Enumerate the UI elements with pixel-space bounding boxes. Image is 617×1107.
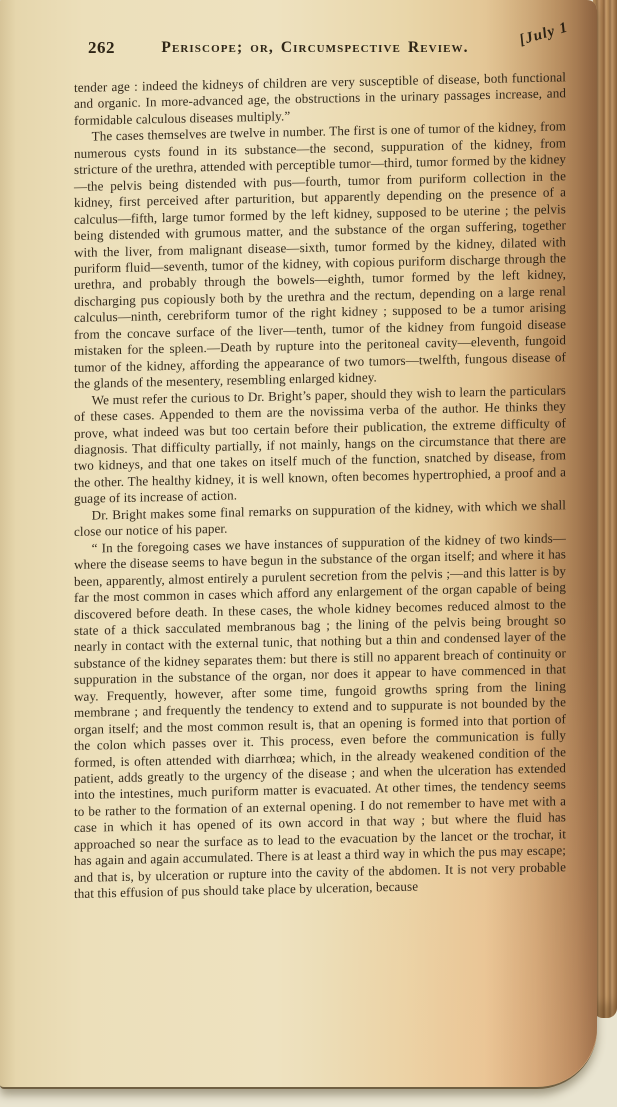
date-marker: [July 1 [518, 19, 571, 49]
running-title: Periscope; or, Circumspective Review. [120, 39, 510, 57]
page-number: 262 [88, 38, 115, 58]
body-paragraph: The cases themselves are twelve in numbe… [74, 119, 566, 393]
page-body: tender age : indeed the kidneys of child… [74, 69, 566, 902]
book-page: 262 Periscope; or, Circumspective Review… [0, 0, 597, 1089]
body-paragraph: “ In the foregoing cases we have instanc… [74, 530, 566, 903]
body-paragraph: We must refer the curious to Dr. Bright’… [74, 382, 566, 508]
